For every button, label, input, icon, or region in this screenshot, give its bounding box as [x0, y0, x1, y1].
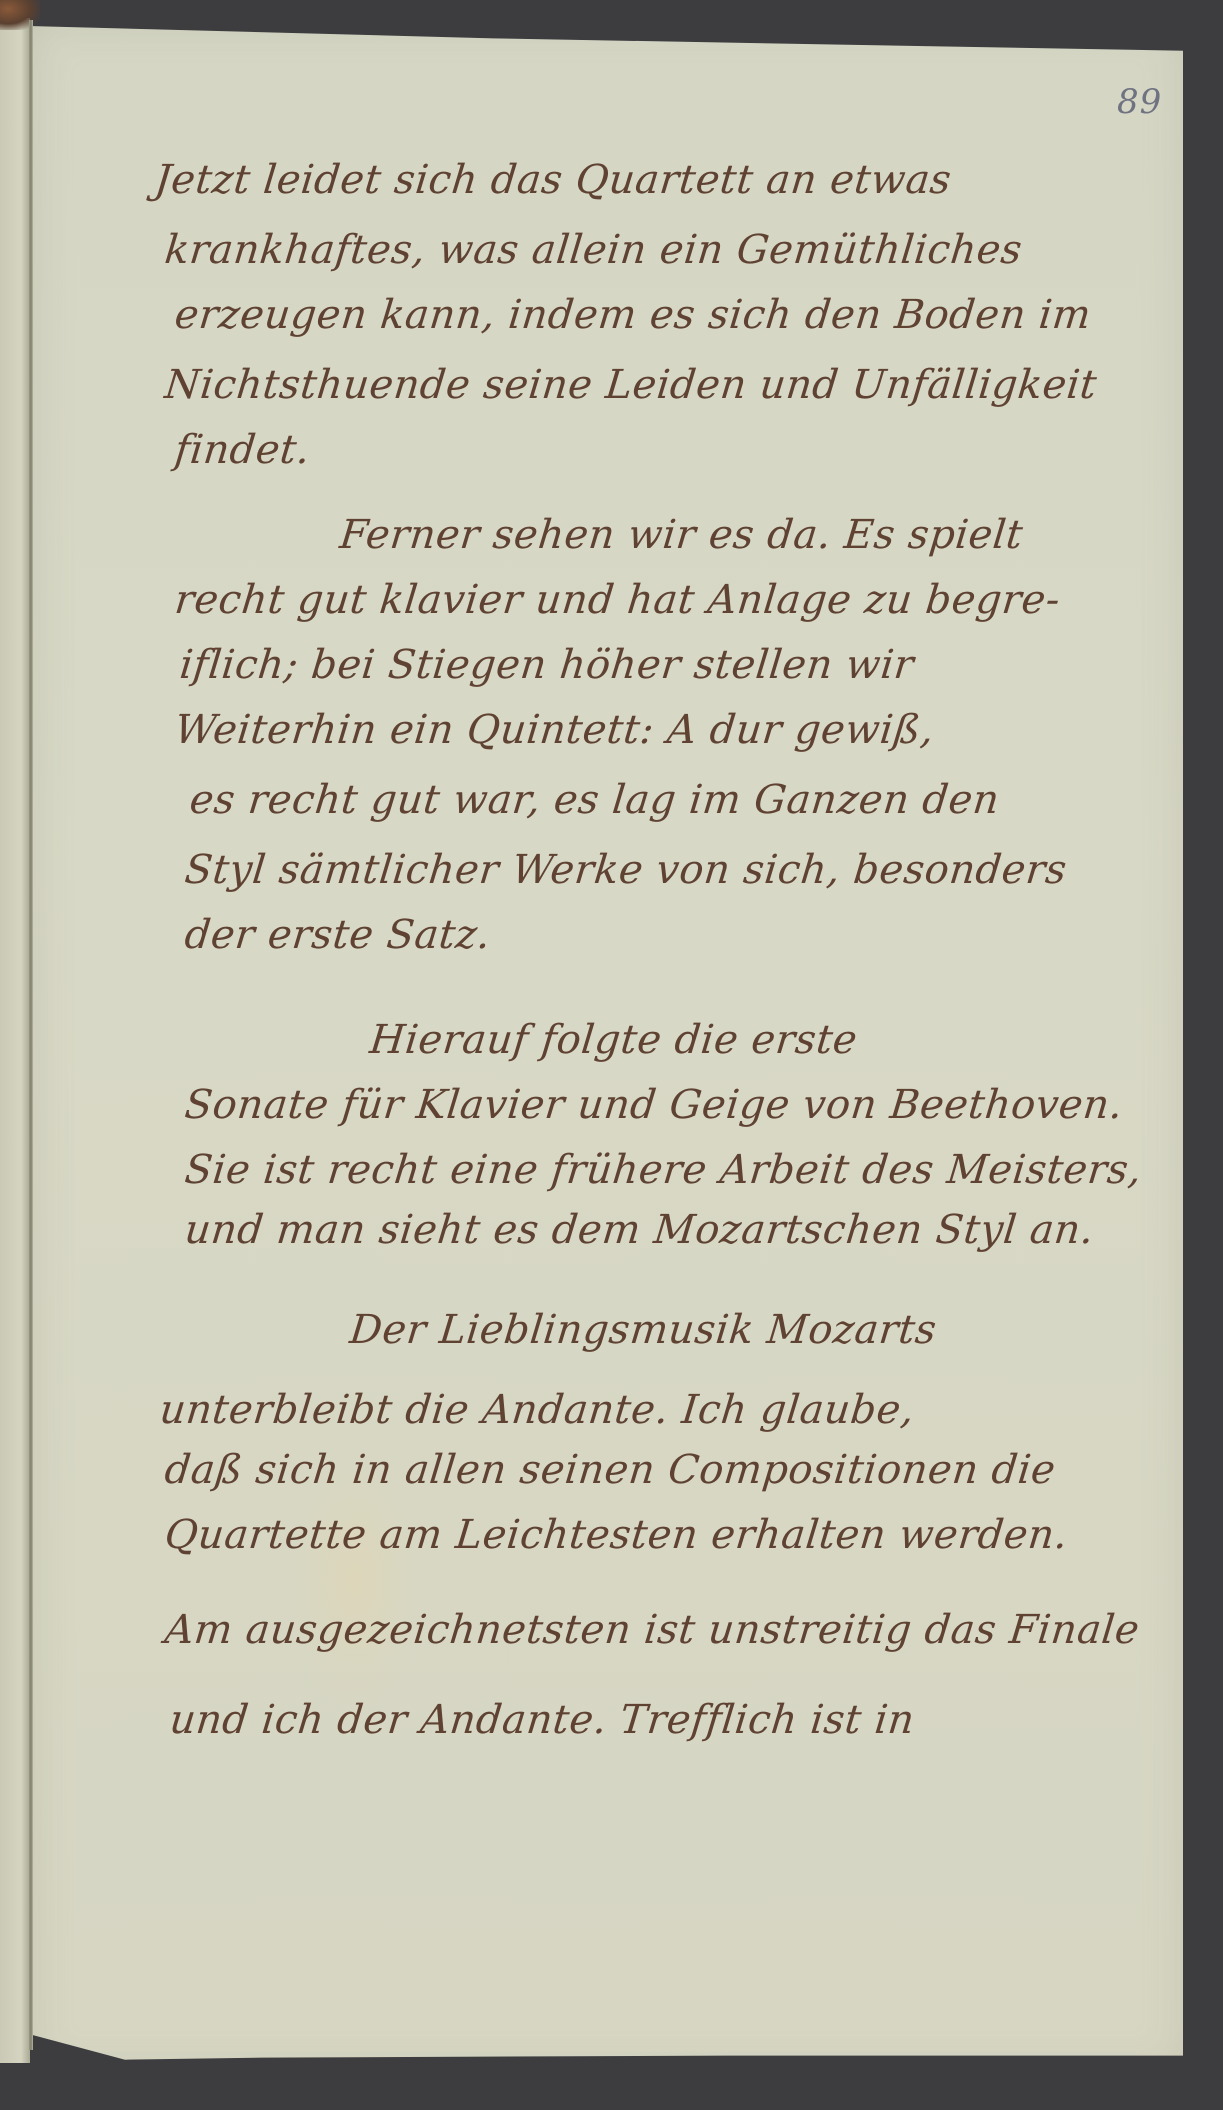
text-line: erzeugen kann, indem es sich den Boden i…	[173, 295, 1093, 335]
text-line: iflich; bei Stiegen höher stellen wir	[178, 645, 916, 685]
left-page-edge	[0, 18, 30, 2063]
text-line: krankhaftes, was allein ein Gemüthliches	[163, 230, 1024, 270]
text-line: daß sich in allen seinen Compositionen d…	[163, 1450, 1058, 1490]
text-line: Ferner sehen wir es da. Es spielt	[338, 515, 1025, 555]
text-line: Jetzt leidet sich das Quartett an etwas	[153, 160, 953, 200]
text-line: Sie ist recht eine frühere Arbeit des Me…	[183, 1150, 1144, 1190]
binding-corner	[0, 0, 40, 30]
text-line: Nichtsthuende seine Leiden und Unfälligk…	[163, 365, 1099, 405]
folio-number: 89	[1117, 82, 1162, 122]
text-line: Sonate für Klavier und Geige von Beethov…	[183, 1085, 1125, 1125]
text-line: findet.	[173, 430, 312, 470]
text-line: es recht gut war, es lag im Ganzen den	[188, 780, 1001, 820]
text-line: recht gut klavier und hat Anlage zu begr…	[173, 580, 1062, 620]
text-line: und man sieht es dem Mozartschen Styl an…	[183, 1210, 1096, 1250]
text-line: unterbleibt die Andante. Ich glaube,	[158, 1390, 916, 1430]
text-line: Der Lieblingsmusik Mozarts	[348, 1310, 939, 1350]
text-line: Am ausgezeichnetsten ist unstreitig das …	[163, 1610, 1141, 1650]
gutter-fold	[29, 20, 33, 2050]
text-line: Quartette am Leichtesten erhalten werden…	[163, 1515, 1070, 1555]
text-line: und ich der Andante. Trefflich ist in	[168, 1700, 917, 1740]
text-line: der erste Satz.	[183, 915, 493, 955]
text-line: Weiterhin ein Quintett: A dur gewiß,	[173, 710, 936, 750]
text-line: Styl sämtlicher Werke von sich, besonder…	[183, 850, 1069, 890]
text-line: Hierauf folgte die erste	[368, 1020, 859, 1060]
